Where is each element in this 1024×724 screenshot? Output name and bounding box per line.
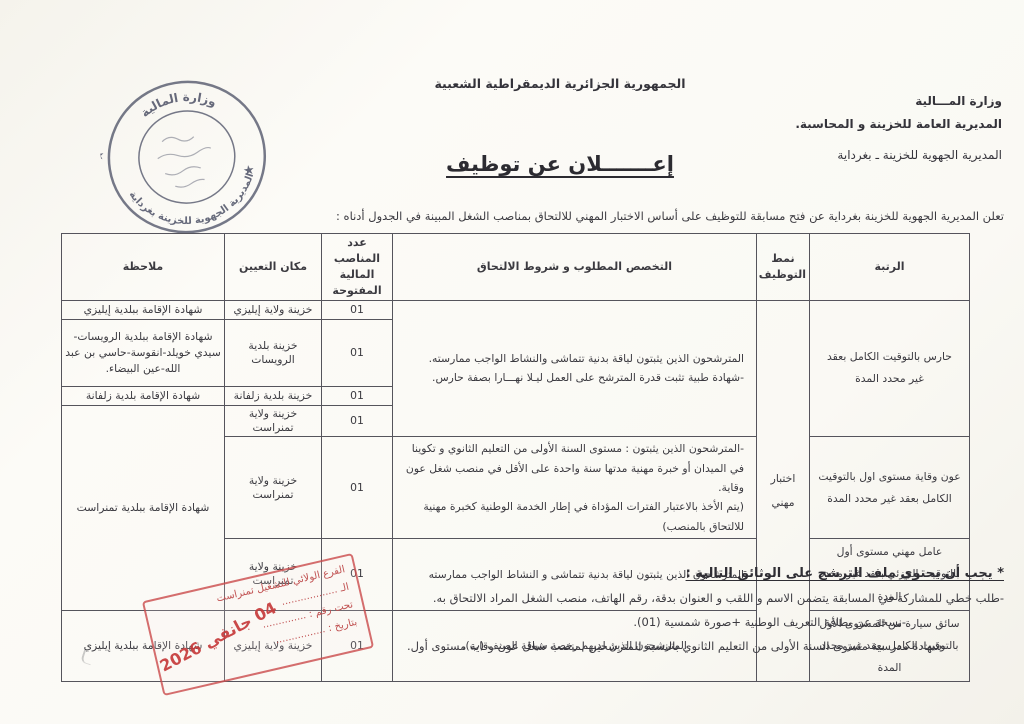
location-cell: خزينة ولاية تمنراست [225, 406, 322, 437]
note-cell: شهادة الإقامة ببلدية الرويسات- سيدي خويل… [62, 319, 225, 386]
count-cell: 01 [322, 386, 393, 405]
location-cell: خزينة بلدية الرويسات [225, 319, 322, 386]
svg-text:وزارة المالية: وزارة المالية [136, 84, 221, 121]
specialty-guard: المترشحون الذين يثبتون لياقة بدنية تتماش… [393, 300, 757, 436]
table-header-row: الرتبة نمط التوظيف التخصص المطلوب و شروط… [62, 234, 970, 301]
count-cell: 01 [322, 319, 393, 386]
location-cell: خزينة ولاية إيليزي [225, 300, 322, 319]
official-round-stamp: وزارة المالية المديرية الجهوية للخزينة ب… [90, 64, 284, 253]
rank-prevention-agent: عون وقاية مستوى اول بالتوقيت الكامل بعقد… [810, 437, 970, 539]
announcement-title: إعـــــــلان عن توظيف [360, 152, 760, 176]
specialty-prevention-agent: -المترشحون الذين يثبتون : مستوى السنة ال… [393, 437, 757, 539]
location-cell: خزينة ولاية تمنراست [225, 437, 322, 539]
svg-text:المديرية الجهوية للخزينة بغردا: المديرية الجهوية للخزينة بغرداية [126, 170, 263, 236]
stamp-bottom-text: المديرية الجهوية للخزينة بغرداية [126, 170, 263, 236]
header-note: ملاحظة [62, 234, 225, 301]
count-cell: 01 [322, 300, 393, 319]
header-specialty: التخصص المطلوب و شروط الالتحاق [393, 234, 757, 301]
intro-sentence: تعلن المديرية الجهوية للخزينة بغرداية عن… [52, 209, 1004, 223]
header-mode: نمط التوظيف [757, 234, 810, 301]
ministry-line: وزارة المـــالية [795, 94, 1002, 108]
rank-guard: حارس بالتوقيت الكامل بعقد غير محدد المدة [810, 300, 970, 436]
documents-heading: * يجب أن يحتوي ملف الترشح على الوثائق ال… [32, 566, 1004, 581]
table-row: حارس بالتوقيت الكامل بعقد غير محدد المدة… [62, 300, 970, 319]
star-icon-left: ★ [92, 148, 106, 165]
location-cell: خزينة بلدية زلفانة [225, 386, 322, 405]
header-count: عدد المناصب المالية المفتوحة [322, 234, 393, 301]
stamp-inner-emblem-squiggles [155, 131, 216, 190]
count-cell: 01 [322, 437, 393, 539]
note-cell: شهادة الإقامة ببلدية إيليزي [62, 300, 225, 319]
star-icon-right: ★ [242, 163, 256, 180]
directorate-regional-line: المديرية الجهوية للخزينة ـ بغرداية [795, 148, 1002, 162]
count-cell: 01 [322, 406, 393, 437]
header-location: مكان التعيين [225, 234, 322, 301]
header-rank: الرتبة [810, 234, 970, 301]
note-cell: شهادة الإقامة بلدية زلفانة [62, 386, 225, 405]
directorate-general-line: المديرية العامة للخزينة و المحاسبة. [795, 117, 1002, 131]
stamp-top-text: وزارة المالية [136, 84, 221, 121]
scanned-document: الجمهورية الجزائرية الديمقراطية الشعبية … [0, 0, 1024, 724]
ministry-block: وزارة المـــالية المديرية العامة للخزينة… [795, 94, 1002, 162]
republic-heading: الجمهورية الجزائرية الديمقراطية الشعبية [360, 76, 760, 91]
